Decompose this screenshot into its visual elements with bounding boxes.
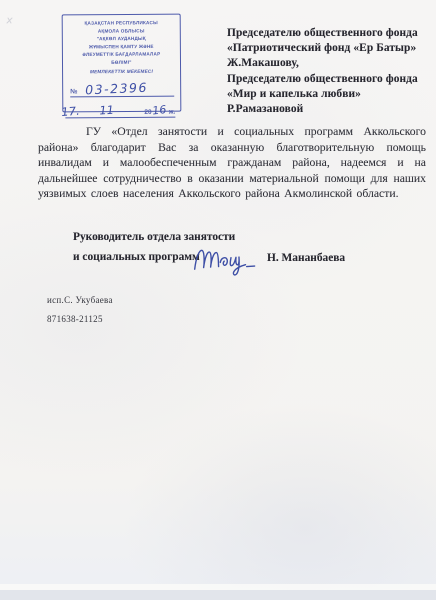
handwritten-signature <box>191 239 261 277</box>
addressee-block: Председателю общественного фонда «Патрио… <box>227 26 427 117</box>
handwritten-date-day: 17. <box>61 104 80 119</box>
addressee-line: «Мир и капелька любви» <box>227 87 427 102</box>
stamp-line: БӨЛІМІ" <box>65 58 178 67</box>
signatory-name: Н. Мананбаева <box>267 252 345 264</box>
letter-body-paragraph: ГУ «Отдел занятости и социальных програм… <box>38 124 426 202</box>
scan-background-strip <box>0 590 436 600</box>
stamp-date-row: 17. 11 20 16 ж. <box>65 97 175 119</box>
addressee-line: Р.Рамазановой <box>227 102 427 117</box>
executor-line: исп.С. Укубаева <box>47 295 113 305</box>
stamp-number-sign: № <box>70 88 77 95</box>
handwritten-date-year: 16 <box>152 103 167 117</box>
stamp-number-row: № 03-2396 <box>70 78 174 98</box>
official-stamp: ҚАЗАҚСТАН РЕСПУБЛИКАСЫ АҚМОЛА ОБЛЫСЫ "АҚ… <box>62 14 182 113</box>
signatory-title-line2: и социальных программ <box>73 251 200 263</box>
addressee-line: Председателю общественного фонда <box>227 26 427 41</box>
executor-phone: 871638-21125 <box>47 314 103 324</box>
scanned-letter-page: ҚАЗАҚСТАН РЕСПУБЛИКАСЫ АҚМОЛА ОБЛЫСЫ "АҚ… <box>0 0 436 600</box>
handwritten-registration-number: 03-2396 <box>85 80 148 98</box>
handwritten-date-month: 11 <box>99 103 114 118</box>
stamp-line-institution: МЕМЛЕКЕТТІК МЕКЕМЕСІ <box>65 67 178 76</box>
addressee-line: Председателю общественного фонда <box>227 72 427 87</box>
stamp-text: ҚАЗАҚСТАН РЕСПУБЛИКАСЫ АҚМОЛА ОБЛЫСЫ "АҚ… <box>65 19 178 76</box>
stamp-year-prefix: 20 <box>144 109 151 116</box>
addressee-line: «Патриотический фонд «Ер Батыр» <box>227 41 427 56</box>
addressee-line: Ж.Макашову, <box>227 56 427 71</box>
stamp-year-suffix: ж. <box>169 109 175 116</box>
corner-pen-mark <box>5 15 17 27</box>
